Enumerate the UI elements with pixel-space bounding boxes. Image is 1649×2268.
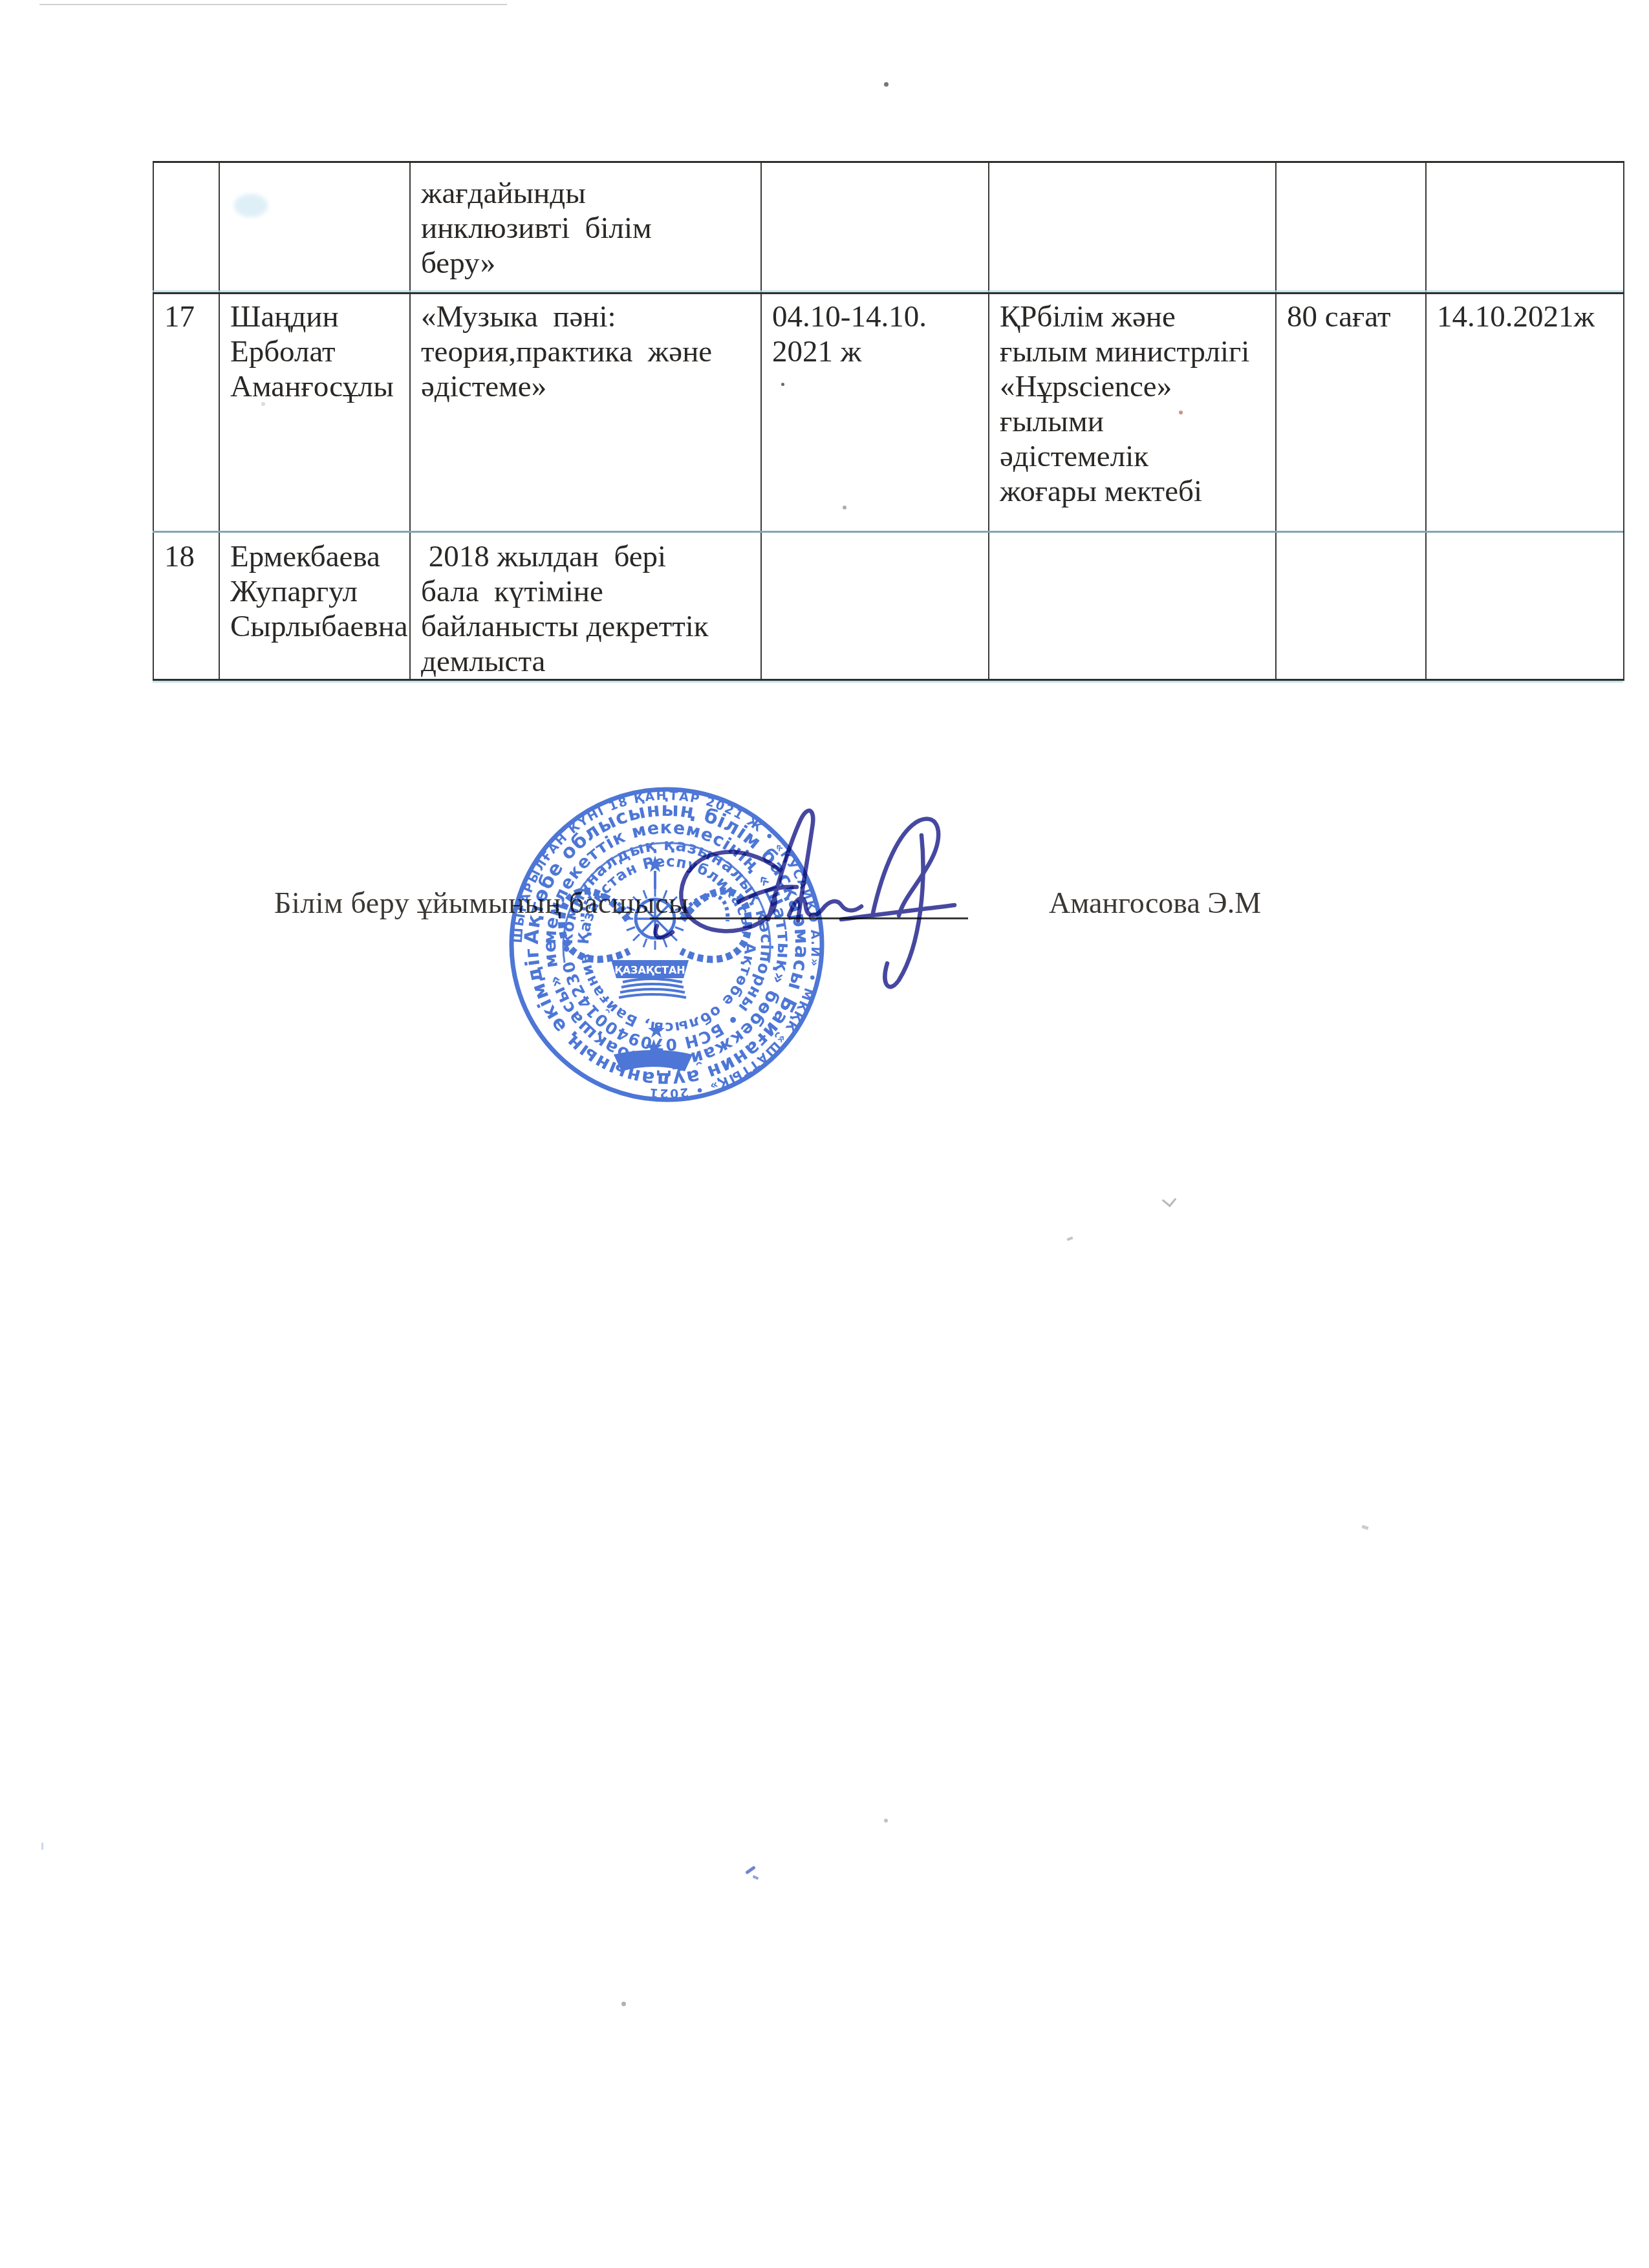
- table-row: 18 Ермекбаева Жупаргул Сырлыбаевна 2018 …: [153, 532, 1624, 680]
- cell-name: [219, 162, 410, 294]
- cell-name: Ермекбаева Жупаргул Сырлыбаевна: [219, 532, 410, 680]
- cell-hours: [1276, 532, 1426, 680]
- cell-org: [989, 162, 1276, 294]
- cell-date: [761, 532, 989, 680]
- cell-course: 2018 жылдан бері бала күтіміне байланыст…: [410, 532, 761, 680]
- table-row: 17 Шаңдин Ерболат Аманғосұлы «Музыка пән…: [153, 294, 1624, 532]
- cell-cert: 14.10.2021ж: [1426, 294, 1624, 532]
- cell-course: «Музыка пәні: теория,практика және әдіст…: [410, 294, 761, 532]
- table-row: жағдайынды инклюзивті білім беру»: [153, 162, 1624, 294]
- qualification-courses-table: жағдайынды инклюзивті білім беру» 17 Шаң…: [153, 161, 1624, 681]
- signature-stroke: [595, 782, 983, 1015]
- cell-date: [761, 162, 989, 294]
- cell-num: [153, 162, 219, 294]
- signer-name: Амангосова Э.М: [1049, 886, 1261, 920]
- scanned-document-page: жағдайынды инклюзивті білім беру» 17 Шаң…: [0, 0, 1649, 2268]
- cell-cert: [1426, 532, 1624, 680]
- cell-date: 04.10-14.10. 2021 ж: [761, 294, 989, 532]
- cell-num: 17: [153, 294, 219, 532]
- cell-num: 18: [153, 532, 219, 680]
- cell-course: жағдайынды инклюзивті білім беру»: [410, 162, 761, 294]
- cell-org: ҚРбілім және ғылым министрлігі «Нұрscien…: [989, 294, 1276, 532]
- cell-name: Шаңдин Ерболат Аманғосұлы: [219, 294, 410, 532]
- cell-org: [989, 532, 1276, 680]
- cell-hours: 80 сағат: [1276, 294, 1426, 532]
- cell-cert: [1426, 162, 1624, 294]
- cell-hours: [1276, 162, 1426, 294]
